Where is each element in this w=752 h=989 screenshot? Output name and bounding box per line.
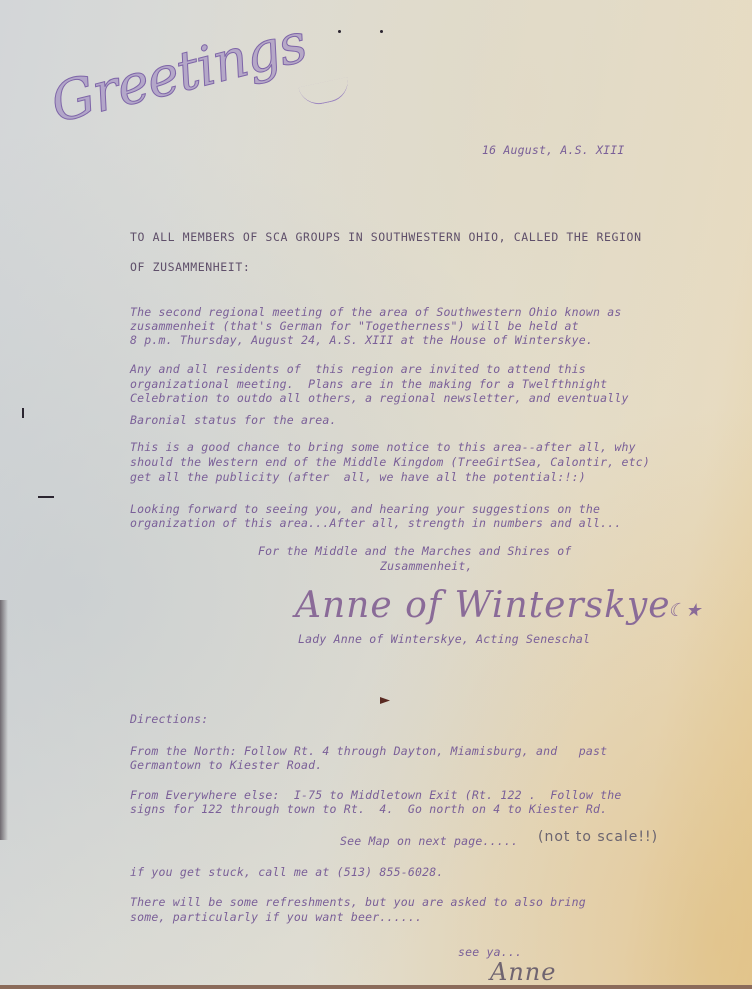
text-line: Germantown to Kiester Road.: [130, 758, 322, 773]
closing-line-2: Zusammenheit,: [380, 559, 473, 574]
phone-line: if you get stuck, call me at (513) 855-6…: [130, 865, 443, 880]
speck-mark: [338, 30, 341, 33]
speck-mark: [22, 408, 24, 418]
initial-signature: Anne: [490, 958, 556, 986]
letter-date: 16 August, A.S. XIII: [482, 143, 624, 158]
text-line: The second regional meeting of the area …: [130, 305, 622, 320]
closing-line-1: For the Middle and the Marches and Shire…: [258, 544, 571, 559]
address-line-1: TO ALL MEMBERS OF SCA GROUPS IN SOUTHWES…: [130, 230, 642, 245]
handwritten-signature: Anne of Winterskye: [295, 585, 671, 626]
address-line-2: OF ZUSAMMENHEIT:: [130, 260, 250, 275]
speck-mark: [38, 496, 54, 498]
page-edge-shadow: [0, 600, 8, 840]
text-line: 8 p.m. Thursday, August 24, A.S. XIII at…: [130, 333, 593, 348]
text-line: This is a good chance to bring some noti…: [130, 440, 636, 455]
speck-mark: [380, 30, 383, 33]
map-note-handwritten: (not to scale!!): [538, 829, 658, 845]
bottom-edge: [0, 985, 752, 989]
text-line: organizational meeting. Plans are in the…: [130, 377, 607, 392]
text-line: There will be some refreshments, but you…: [130, 895, 586, 910]
text-line: From Everywhere else: I-75 to Middletown…: [130, 788, 622, 803]
text-line: From the North: Follow Rt. 4 through Day…: [130, 744, 607, 759]
typed-signature: Lady Anne of Winterskye, Acting Senescha…: [298, 632, 590, 647]
text-line: Celebration to outdo all others, a regio…: [130, 391, 629, 406]
greeting-text: Greetings: [45, 11, 312, 135]
map-note: See Map on next page.....: [340, 834, 518, 849]
text-line: organization of this area...After all, s…: [130, 516, 622, 531]
tear-mark: [380, 697, 390, 704]
directions-heading: Directions:: [130, 712, 208, 727]
text-line: Any and all residents of this region are…: [130, 362, 586, 377]
text-line: should the Western end of the Middle Kin…: [130, 455, 650, 470]
text-line: get all the publicity (after all, we hav…: [130, 470, 586, 485]
text-line: some, particularly if you want beer.....…: [130, 910, 422, 925]
moon-star-icon: ☾★: [668, 600, 702, 621]
text-line: signs for 122 through town to Rt. 4. Go …: [130, 802, 607, 817]
text-line: zusammenheit (that's German for "Togethe…: [130, 319, 579, 334]
text-line: Baronial status for the area.: [130, 413, 337, 428]
text-line: Looking forward to seeing you, and heari…: [130, 502, 600, 517]
greeting-swash-flourish: [298, 77, 351, 108]
